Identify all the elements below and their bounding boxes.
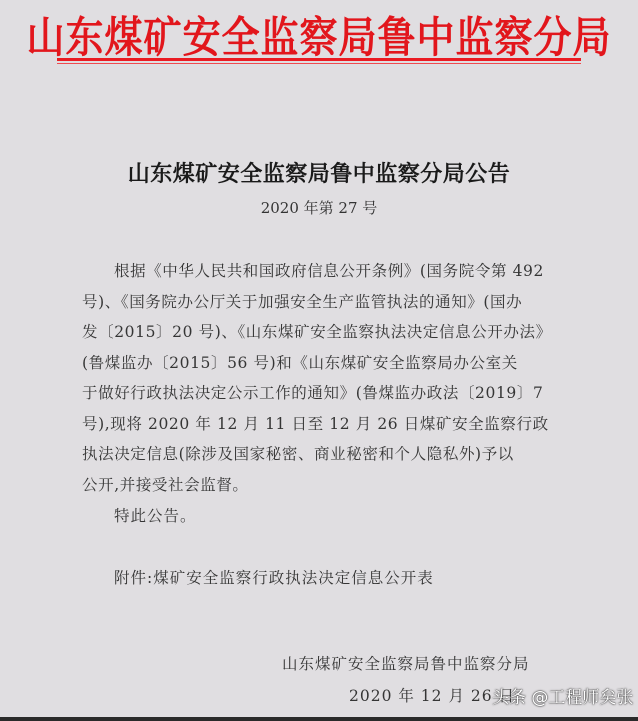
- body-line: 号)、《国务院办公厅关于加强安全生产监管执法的通知》(国办: [82, 287, 482, 318]
- attachment-note: 附件:煤矿安全监察行政执法决定信息公开表: [114, 566, 434, 588]
- signature-date: 2020 年 12 月 26 日: [349, 684, 515, 706]
- body-line: 根据《中华人民共和国政府信息公开条例》(国务院令第 492: [82, 256, 482, 287]
- body-line: 执法决定信息(除涉及国家秘密、商业秘密和个人隐私外)予以: [82, 439, 482, 470]
- document-title: 山东煤矿安全监察局鲁中监察分局公告: [0, 157, 638, 188]
- body-line: 公开,并接受社会监督。: [82, 470, 482, 501]
- body-line: 发〔2015〕20 号)、《山东煤矿安全监察执法决定信息公开办法》: [82, 317, 482, 348]
- signature-organization: 山东煤矿安全监察局鲁中监察分局: [282, 652, 530, 674]
- watermark: 头条 @工程师矣张: [492, 683, 633, 708]
- document-page: 山东煤矿安全监察局鲁中监察分局 山东煤矿安全监察局鲁中监察分局公告 2020 年…: [0, 0, 638, 721]
- body-line: 于做好行政执法决定公示工作的通知》(鲁煤监办政法〔2019〕7: [82, 378, 482, 409]
- closing-statement: 特此公告。: [114, 504, 197, 526]
- masthead-title: 山东煤矿安全监察局鲁中监察分局: [0, 3, 638, 65]
- bottom-border: [0, 717, 638, 721]
- document-body: 根据《中华人民共和国政府信息公开条例》(国务院令第 492 号)、《国务院办公厅…: [82, 256, 482, 500]
- masthead-rule-thin: [57, 63, 581, 64]
- masthead-rule-thick: [57, 58, 581, 61]
- body-line: 号),现将 2020 年 12 月 11 日至 12 月 26 日煤矿安全监察行…: [82, 409, 482, 440]
- body-line: (鲁煤监办〔2015〕56 号)和《山东煤矿安全监察局办公室关: [82, 348, 482, 379]
- document-number: 2020 年第 27 号: [0, 197, 638, 218]
